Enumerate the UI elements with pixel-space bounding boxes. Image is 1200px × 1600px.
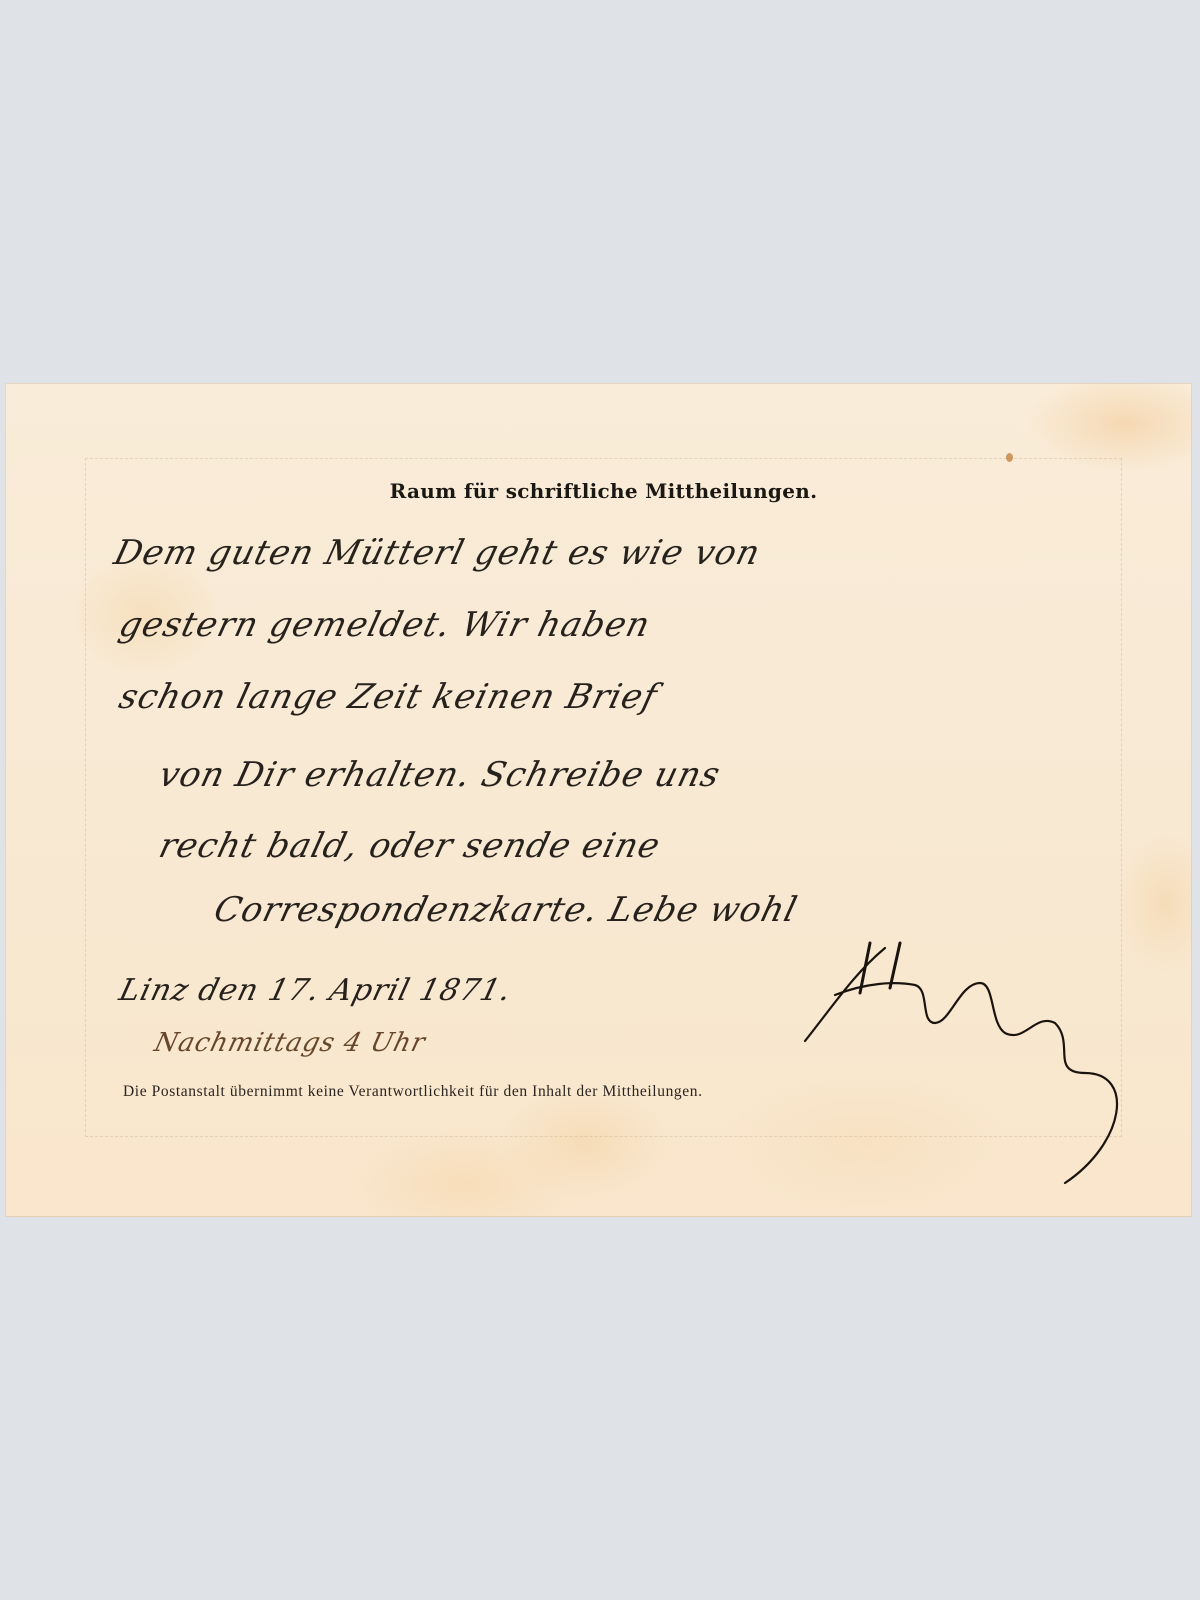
- stain-spot: [1006, 453, 1013, 462]
- printed-footer-disclaimer: Die Postanstalt übernimmt keine Verantwo…: [123, 1083, 703, 1101]
- printed-heading: Raum für schriftliche Mittheilungen.: [5, 479, 1192, 503]
- handwritten-line-1: Dem guten Mütterl geht es wie von: [110, 533, 765, 573]
- handwritten-line-5: recht bald, oder sende eine: [155, 826, 665, 866]
- postcard: Raum für schriftliche Mittheilungen. Dem…: [5, 383, 1192, 1217]
- time-note: Nachmittags 4 Uhr: [151, 1028, 429, 1058]
- handwritten-line-2: gestern gemeldet. Wir haben: [115, 605, 655, 645]
- handwritten-line-3: schon lange Zeit keinen Brief: [115, 677, 662, 717]
- handwritten-line-4: von Dir erhalten. Schreibe uns: [155, 755, 725, 795]
- handwritten-line-6: Correspondenzkarte. Lebe wohl: [210, 890, 802, 930]
- place-date: Linz den 17. April 1871.: [116, 973, 516, 1008]
